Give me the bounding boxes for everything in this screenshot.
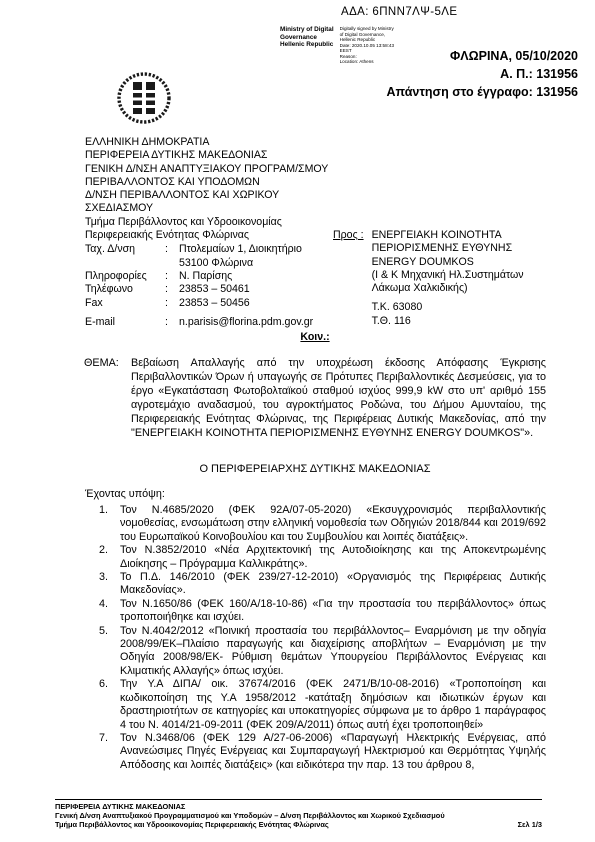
- ada-code: ΑΔΑ: 6ΠΝΝ7ΛΨ-5ΛΕ: [341, 6, 457, 18]
- footer-directorates: Γενική Δ/νση Αναπτυξιακού Προγραμματισμο…: [55, 811, 542, 820]
- list-item-number: 4.: [99, 598, 120, 625]
- cc-label: Κοιν.:: [85, 331, 545, 343]
- contact-separator: :: [165, 316, 179, 329]
- legal-references-list: 1. Τον Ν.4685/2020 (ΦΕΚ 92Α/07-05-2020) …: [99, 504, 546, 772]
- header-line-region: ΠΕΡΙΦΕΡΕΙΑ ΔΥΤΙΚΗΣ ΜΑΚΕΔΟΝΙΑΣ: [85, 149, 347, 162]
- contact-separator: :: [165, 297, 179, 310]
- reference-block: ΦΛΩΡΙΝΑ, 05/10/2020 Α. Π.: 131956 Απάντη…: [386, 47, 578, 101]
- contact-label: Fax: [85, 297, 165, 310]
- header-line-republic: ΕΛΛΗΝΙΚΗ ΔΗΜΟΚΡΑΤΙΑ: [85, 136, 347, 149]
- signature-org-text: Ministry of Digital Governance Hellenic …: [280, 26, 334, 65]
- contact-label: Πληροφορίες: [85, 270, 165, 283]
- contact-info: Ταχ. Δ/νση : Πτολεμαίων 1, Διοικητήριο 5…: [85, 243, 347, 329]
- list-item-number: 7.: [99, 732, 120, 772]
- list-item-text: Τον Ν.4042/2012 «Ποινική προστασία του π…: [120, 625, 546, 679]
- contact-row-fax: Fax : 23853 – 50456: [85, 297, 347, 310]
- contact-separator: :: [165, 243, 179, 256]
- recipient-label: Προς :: [333, 229, 364, 328]
- contact-row-information: Πληροφορίες : Ν. Παρίσης: [85, 270, 347, 283]
- contact-row-address: Ταχ. Δ/νση : Πτολεμαίων 1, Διοικητήριο: [85, 243, 347, 256]
- digital-signature-stamp: Ministry of Digital Governance Hellenic …: [280, 26, 394, 65]
- list-item-number: 2.: [99, 544, 120, 571]
- list-item: 2. Τον Ν.3852/2010 «Νέα Αρχιτεκτονική τη…: [99, 544, 546, 571]
- list-item-text: Τον Ν.3468/06 (ΦΕΚ 129 Α/27-06-2006) «Πα…: [120, 732, 546, 772]
- subject-text: Βεβαίωση Απαλλαγής από την υποχρέωση έκδ…: [131, 356, 546, 440]
- list-item-text: Το Π.Δ. 146/2010 (ΦΕΚ 239/27-12-2010) «Ο…: [120, 571, 546, 598]
- contact-label: Ταχ. Δ/νση: [85, 243, 165, 256]
- list-item: 7. Τον Ν.3468/06 (ΦΕΚ 129 Α/27-06-2006) …: [99, 732, 546, 772]
- having-regard-label: Έχοντας υπόψη:: [85, 488, 165, 500]
- document-page: ΑΔΑ: 6ΠΝΝ7ΛΨ-5ΛΕ Ministry of Digital Gov…: [0, 0, 595, 842]
- sender-block: ΕΛΛΗΝΙΚΗ ΔΗΜΟΚΡΑΤΙΑ ΠΕΡΙΦΕΡΕΙΑ ΔΥΤΙΚΗΣ Μ…: [85, 136, 347, 329]
- list-item: 1. Τον Ν.4685/2020 (ΦΕΚ 92Α/07-05-2020) …: [99, 504, 546, 544]
- list-item-number: 1.: [99, 504, 120, 544]
- contact-row-email: E-mail : n.parisis@florina.pdm.gov.gr: [85, 316, 347, 329]
- contact-value: 53100 Φλώρινα: [179, 257, 253, 270]
- header-line-department: Τμήμα Περιβάλλοντος και Υδροοικονομίας: [85, 216, 347, 229]
- protocol-number: Α. Π.: 131956: [386, 65, 578, 83]
- contact-separator: :: [165, 270, 179, 283]
- list-item-text: Τον Ν.1650/86 (ΦΕΚ 160/Α/18-10-86) «Για …: [120, 598, 546, 625]
- contact-label: E-mail: [85, 316, 165, 329]
- list-item: 6. Την Υ.Α ΔΙΠΑ/ οικ. 37674/2016 (ΦΕΚ 24…: [99, 678, 546, 732]
- footer-org-name: ΠΕΡΙΦΕΡΕΙΑ ΔΥΤΙΚΗΣ ΜΑΚΕΔΟΝΙΑΣ: [55, 802, 542, 811]
- contact-value: 23853 – 50456: [179, 297, 250, 310]
- contact-label: [85, 257, 165, 270]
- city-date: ΦΛΩΡΙΝΑ, 05/10/2020: [386, 47, 578, 65]
- list-item: 5. Τον Ν.4042/2012 «Ποινική προστασία το…: [99, 625, 546, 679]
- list-item-text: Την Υ.Α ΔΙΠΑ/ οικ. 37674/2016 (ΦΕΚ 2471/…: [120, 678, 546, 732]
- header-line-regional-unit: Περιφερειακής Ενότητας Φλώρινας: [85, 229, 347, 242]
- list-item-number: 6.: [99, 678, 120, 732]
- contact-row-phone: Τηλέφωνο : 23853 – 50461: [85, 283, 347, 296]
- list-item: 4. Τον Ν.1650/86 (ΦΕΚ 160/Α/18-10-86) «Γ…: [99, 598, 546, 625]
- contact-label: Τηλέφωνο: [85, 283, 165, 296]
- contact-separator: [165, 257, 179, 270]
- list-item-number: 3.: [99, 571, 120, 598]
- page-footer: ΠΕΡΙΦΕΡΕΙΑ ΔΥΤΙΚΗΣ ΜΑΚΕΔΟΝΙΑΣ Γενική Δ/ν…: [55, 799, 542, 829]
- section-title-regional-governor: Ο ΠΕΡΙΦΕΡΕΙΑΡΧΗΣ ΔΥΤΙΚΗΣ ΜΑΚΕΔΟΝΙΑΣ: [85, 463, 545, 475]
- subject-label: ΘΕΜΑ:: [84, 356, 131, 440]
- footer-department-row: Τμήμα Περιβάλλοντος και Υδροοικονομίας Π…: [55, 820, 542, 829]
- header-line-general-directorate: ΓΕΝΙΚΗ Δ/ΝΣΗ ΑΝΑΠΤΥΞΙΑΚΟΥ ΠΡΟΓΡΑΜ/ΣΜΟΥ: [85, 163, 347, 176]
- contact-value: 23853 – 50461: [179, 283, 250, 296]
- recipient-details: ΕΝΕΡΓΕΙΑΚΗ ΚΟΙΝΟΤΗΤΑ ΠΕΡΙΟΡΙΣΜΕΝΗΣ ΕΥΘΥΝ…: [372, 229, 524, 328]
- list-item-number: 5.: [99, 625, 120, 679]
- email-address: n.parisis@florina.pdm.gov.gr: [179, 316, 313, 329]
- list-item-text: Τον Ν.3852/2010 «Νέα Αρχιτεκτονική της Α…: [120, 544, 546, 571]
- recipient-name-lines: ΕΝΕΡΓΕΙΑΚΗ ΚΟΙΝΟΤΗΤΑ ΠΕΡΙΟΡΙΣΜΕΝΗΣ ΕΥΘΥΝ…: [372, 229, 524, 295]
- recipient-postal-lines: Τ.Κ. 63080 Τ.Θ. 116: [372, 301, 524, 328]
- recipient-block: Προς : ΕΝΕΡΓΕΙΑΚΗ ΚΟΙΝΟΤΗΤΑ ΠΕΡΙΟΡΙΣΜΕΝΗ…: [333, 229, 524, 328]
- contact-separator: :: [165, 283, 179, 296]
- header-line-environment-infrastructure: ΠΕΡΙΒΑΛΛΟΝΤΟΣ ΚΑΙ ΥΠΟΔΟΜΩΝ: [85, 176, 347, 189]
- subject-block: ΘΕΜΑ: Βεβαίωση Απαλλαγής από την υποχρέω…: [84, 356, 546, 440]
- reply-reference: Απάντηση στο έγγραφο: 131956: [386, 83, 578, 101]
- contact-row-postal: 53100 Φλώρινα: [85, 257, 347, 270]
- footer-department: Τμήμα Περιβάλλοντος και Υδροοικονομίας Π…: [55, 820, 329, 829]
- list-item: 3. Το Π.Δ. 146/2010 (ΦΕΚ 239/27-12-2010)…: [99, 571, 546, 598]
- header-line-directorate: Δ/ΝΣΗ ΠΕΡΙΒΑΛΛΟΝΤΟΣ ΚΑΙ ΧΩΡΙΚΟΥ ΣΧΕΔΙΑΣΜ…: [85, 189, 347, 216]
- contact-value: Ν. Παρίσης: [179, 270, 232, 283]
- hellenic-coat-of-arms-icon: [114, 69, 174, 127]
- contact-value: Πτολεμαίων 1, Διοικητήριο: [179, 243, 302, 256]
- list-item-text: Τον Ν.4685/2020 (ΦΕΚ 92Α/07-05-2020) «Εκ…: [120, 504, 546, 544]
- page-number: Σελ 1/3: [518, 820, 542, 829]
